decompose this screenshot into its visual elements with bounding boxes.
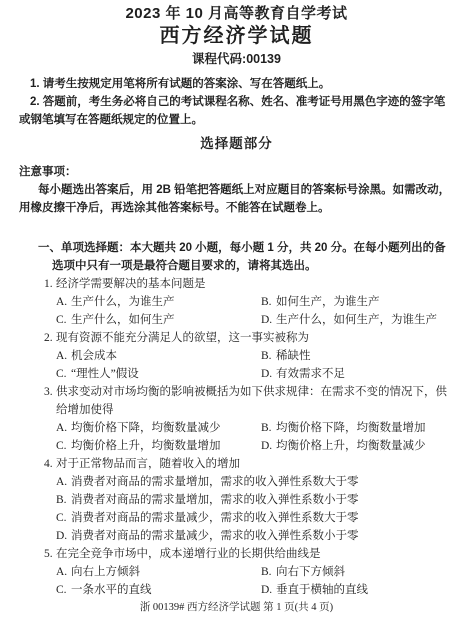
exam-session-title: 2023 年 10 月高等教育自学考试: [19, 4, 454, 23]
course-code: 课程代码:00139: [19, 51, 454, 67]
option-a: A.机会成本: [56, 347, 261, 365]
option-d: D.消费者对商品的需求量减少，需求的收入弹性系数小于零: [56, 527, 454, 545]
question-3: 3.供求变动对市场均衡的影响被概括为如下供求规律：在需求不变的情况下，供给增加使…: [19, 383, 454, 455]
option-text: 消费者对商品的需求量减少，需求的收入弹性系数小于零: [71, 530, 359, 542]
option-label: D.: [261, 311, 276, 329]
option-c: C.均衡价格上升，均衡数量增加: [56, 437, 261, 455]
option-text: 有效需求不足: [276, 368, 345, 380]
question-stem-text: 在完全竞争市场中，成本递增行业的长期供给曲线是: [56, 548, 321, 560]
option-text: 向右下方倾斜: [276, 566, 345, 578]
option-label: A.: [56, 563, 71, 581]
option-label: B.: [56, 491, 71, 509]
option-c: C.一条水平的直线: [56, 581, 261, 599]
option-text: 均衡价格上升，均衡数量减少: [276, 440, 426, 452]
option-label: D.: [261, 365, 276, 383]
question-options: A.消费者对商品的需求量增加，需求的收入弹性系数大于零 B.消费者对商品的需求量…: [56, 473, 454, 545]
option-b: B.稀缺性: [261, 347, 454, 365]
option-b: B.向右下方倾斜: [261, 563, 454, 581]
option-label: D.: [261, 581, 276, 599]
question-stem: 1.经济学需要解决的基本问题是: [19, 275, 454, 293]
option-text: 生产什么，如何生产: [71, 314, 175, 326]
exam-page: 2023 年 10 月高等教育自学考试 西方经济学试题 课程代码:00139 1…: [0, 4, 458, 620]
option-c: C.“理性人”假设: [56, 365, 261, 383]
option-label: D.: [56, 527, 71, 545]
option-label: A.: [56, 473, 71, 491]
question-stem: 4.对于正常物品而言，随着收入的增加: [19, 455, 454, 473]
option-text: 垂直于横轴的直线: [276, 584, 368, 596]
option-label: B.: [261, 293, 276, 311]
option-text: 一条水平的直线: [71, 584, 152, 596]
option-a: A.均衡价格下降，均衡数量减少: [56, 419, 261, 437]
option-text: 稀缺性: [276, 350, 311, 362]
option-label: B.: [261, 419, 276, 437]
option-label: C.: [56, 581, 71, 599]
question-stem: 3.供求变动对市场均衡的影响被概括为如下供求规律：在需求不变的情况下，供给增加使…: [19, 383, 454, 419]
option-text: 消费者对商品的需求量增加，需求的收入弹性系数小于零: [71, 494, 359, 506]
question-number: 2.: [44, 329, 56, 347]
option-label: A.: [56, 293, 71, 311]
option-label: C.: [56, 365, 71, 383]
question-number: 5.: [44, 545, 56, 563]
option-c: C.消费者对商品的需求量减少，需求的收入弹性系数大于零: [56, 509, 454, 527]
instructions-block: 1. 请考生按规定用笔将所有试题的答案涂、写在答题纸上。 2. 答题前，考生务必…: [19, 75, 454, 129]
option-text: 均衡价格下降，均衡数量增加: [276, 422, 426, 434]
option-a: A.生产什么，为谁生产: [56, 293, 261, 311]
question-4: 4.对于正常物品而言，随着收入的增加 A.消费者对商品的需求量增加，需求的收入弹…: [19, 455, 454, 545]
option-label: A.: [56, 419, 71, 437]
option-text: 生产什么，为谁生产: [71, 296, 175, 308]
option-d: D.垂直于横轴的直线: [261, 581, 454, 599]
option-a: A.向右上方倾斜: [56, 563, 261, 581]
option-text: 机会成本: [71, 350, 117, 362]
question-options: A.均衡价格下降，均衡数量减少 B.均衡价格下降，均衡数量增加 C.均衡价格上升…: [56, 419, 454, 455]
option-d: D.有效需求不足: [261, 365, 454, 383]
option-text: 生产什么，如何生产，为谁生产: [276, 314, 437, 326]
option-a: A.消费者对商品的需求量增加，需求的收入弹性系数大于零: [56, 473, 454, 491]
question-options: A.生产什么，为谁生产 B.如何生产，为谁生产 C.生产什么，如何生产 D.生产…: [56, 293, 454, 329]
option-label: B.: [261, 347, 276, 365]
question-stem-text: 现有资源不能充分满足人的欲望，这一事实被称为: [56, 332, 309, 344]
notes-title: 注意事项：: [19, 163, 454, 181]
option-text: 消费者对商品的需求量增加，需求的收入弹性系数大于零: [71, 476, 359, 488]
question-options: A.向右上方倾斜 B.向右下方倾斜 C.一条水平的直线 D.垂直于横轴的直线: [56, 563, 454, 599]
question-number: 1.: [44, 275, 56, 293]
question-number: 3.: [44, 383, 56, 401]
option-c: C.生产什么，如何生产: [56, 311, 261, 329]
option-b: B.如何生产，为谁生产: [261, 293, 454, 311]
question-stem: 2.现有资源不能充分满足人的欲望，这一事实被称为: [19, 329, 454, 347]
notes-body: 每小题选出答案后，用 2B 铅笔把答题纸上对应题目的答案标号涂黑。如需改动，用橡…: [19, 181, 454, 217]
instruction-item-2: 2. 答题前，考生务必将自己的考试课程名称、姓名、准考证号用黑色字迹的签字笔或钢…: [19, 93, 454, 129]
option-label: A.: [56, 347, 71, 365]
page-footer: 浙 00139# 西方经济学试题 第 1 页(共 4 页): [19, 599, 454, 616]
option-label: C.: [56, 311, 71, 329]
question-options: A.机会成本 B.稀缺性 C.“理性人”假设 D.有效需求不足: [56, 347, 454, 383]
notes-block: 注意事项： 每小题选出答案后，用 2B 铅笔把答题纸上对应题目的答案标号涂黑。如…: [19, 163, 454, 217]
option-text: 均衡价格上升，均衡数量增加: [71, 440, 221, 452]
option-d: D.生产什么，如何生产，为谁生产: [261, 311, 454, 329]
option-text: 均衡价格下降，均衡数量减少: [71, 422, 221, 434]
question-stem-text: 供求变动对市场均衡的影响被概括为如下供求规律：在需求不变的情况下，供给增加使得: [56, 386, 447, 416]
option-text: 消费者对商品的需求量减少，需求的收入弹性系数大于零: [71, 512, 359, 524]
option-b: B.消费者对商品的需求量增加，需求的收入弹性系数小于零: [56, 491, 454, 509]
exam-header: 2023 年 10 月高等教育自学考试 西方经济学试题 课程代码:00139: [19, 4, 454, 67]
option-label: C.: [56, 509, 71, 527]
paper-title: 西方经济学试题: [19, 24, 454, 49]
instruction-item-1: 1. 请考生按规定用笔将所有试题的答案涂、写在答题纸上。: [19, 75, 454, 93]
question-1: 1.经济学需要解决的基本问题是 A.生产什么，为谁生产 B.如何生产，为谁生产 …: [19, 275, 454, 329]
option-label: B.: [261, 563, 276, 581]
question-number: 4.: [44, 455, 56, 473]
question-stem-text: 对于正常物品而言，随着收入的增加: [56, 458, 240, 470]
option-text: “理性人”假设: [71, 368, 139, 380]
option-text: 向右上方倾斜: [71, 566, 140, 578]
question-5: 5.在完全竞争市场中，成本递增行业的长期供给曲线是 A.向右上方倾斜 B.向右下…: [19, 545, 454, 599]
section-one-heading: 一、单项选择题：本大题共 20 小题，每小题 1 分，共 20 分。在每小题列出…: [19, 239, 454, 275]
option-label: C.: [56, 437, 71, 455]
question-stem-text: 经济学需要解决的基本问题是: [56, 278, 206, 290]
question-stem: 5.在完全竞争市场中，成本递增行业的长期供给曲线是: [19, 545, 454, 563]
question-2: 2.现有资源不能充分满足人的欲望，这一事实被称为 A.机会成本 B.稀缺性 C.…: [19, 329, 454, 383]
part-title: 选择题部分: [19, 135, 454, 153]
option-text: 如何生产，为谁生产: [276, 296, 380, 308]
option-d: D.均衡价格上升，均衡数量减少: [261, 437, 454, 455]
option-label: D.: [261, 437, 276, 455]
option-b: B.均衡价格下降，均衡数量增加: [261, 419, 454, 437]
